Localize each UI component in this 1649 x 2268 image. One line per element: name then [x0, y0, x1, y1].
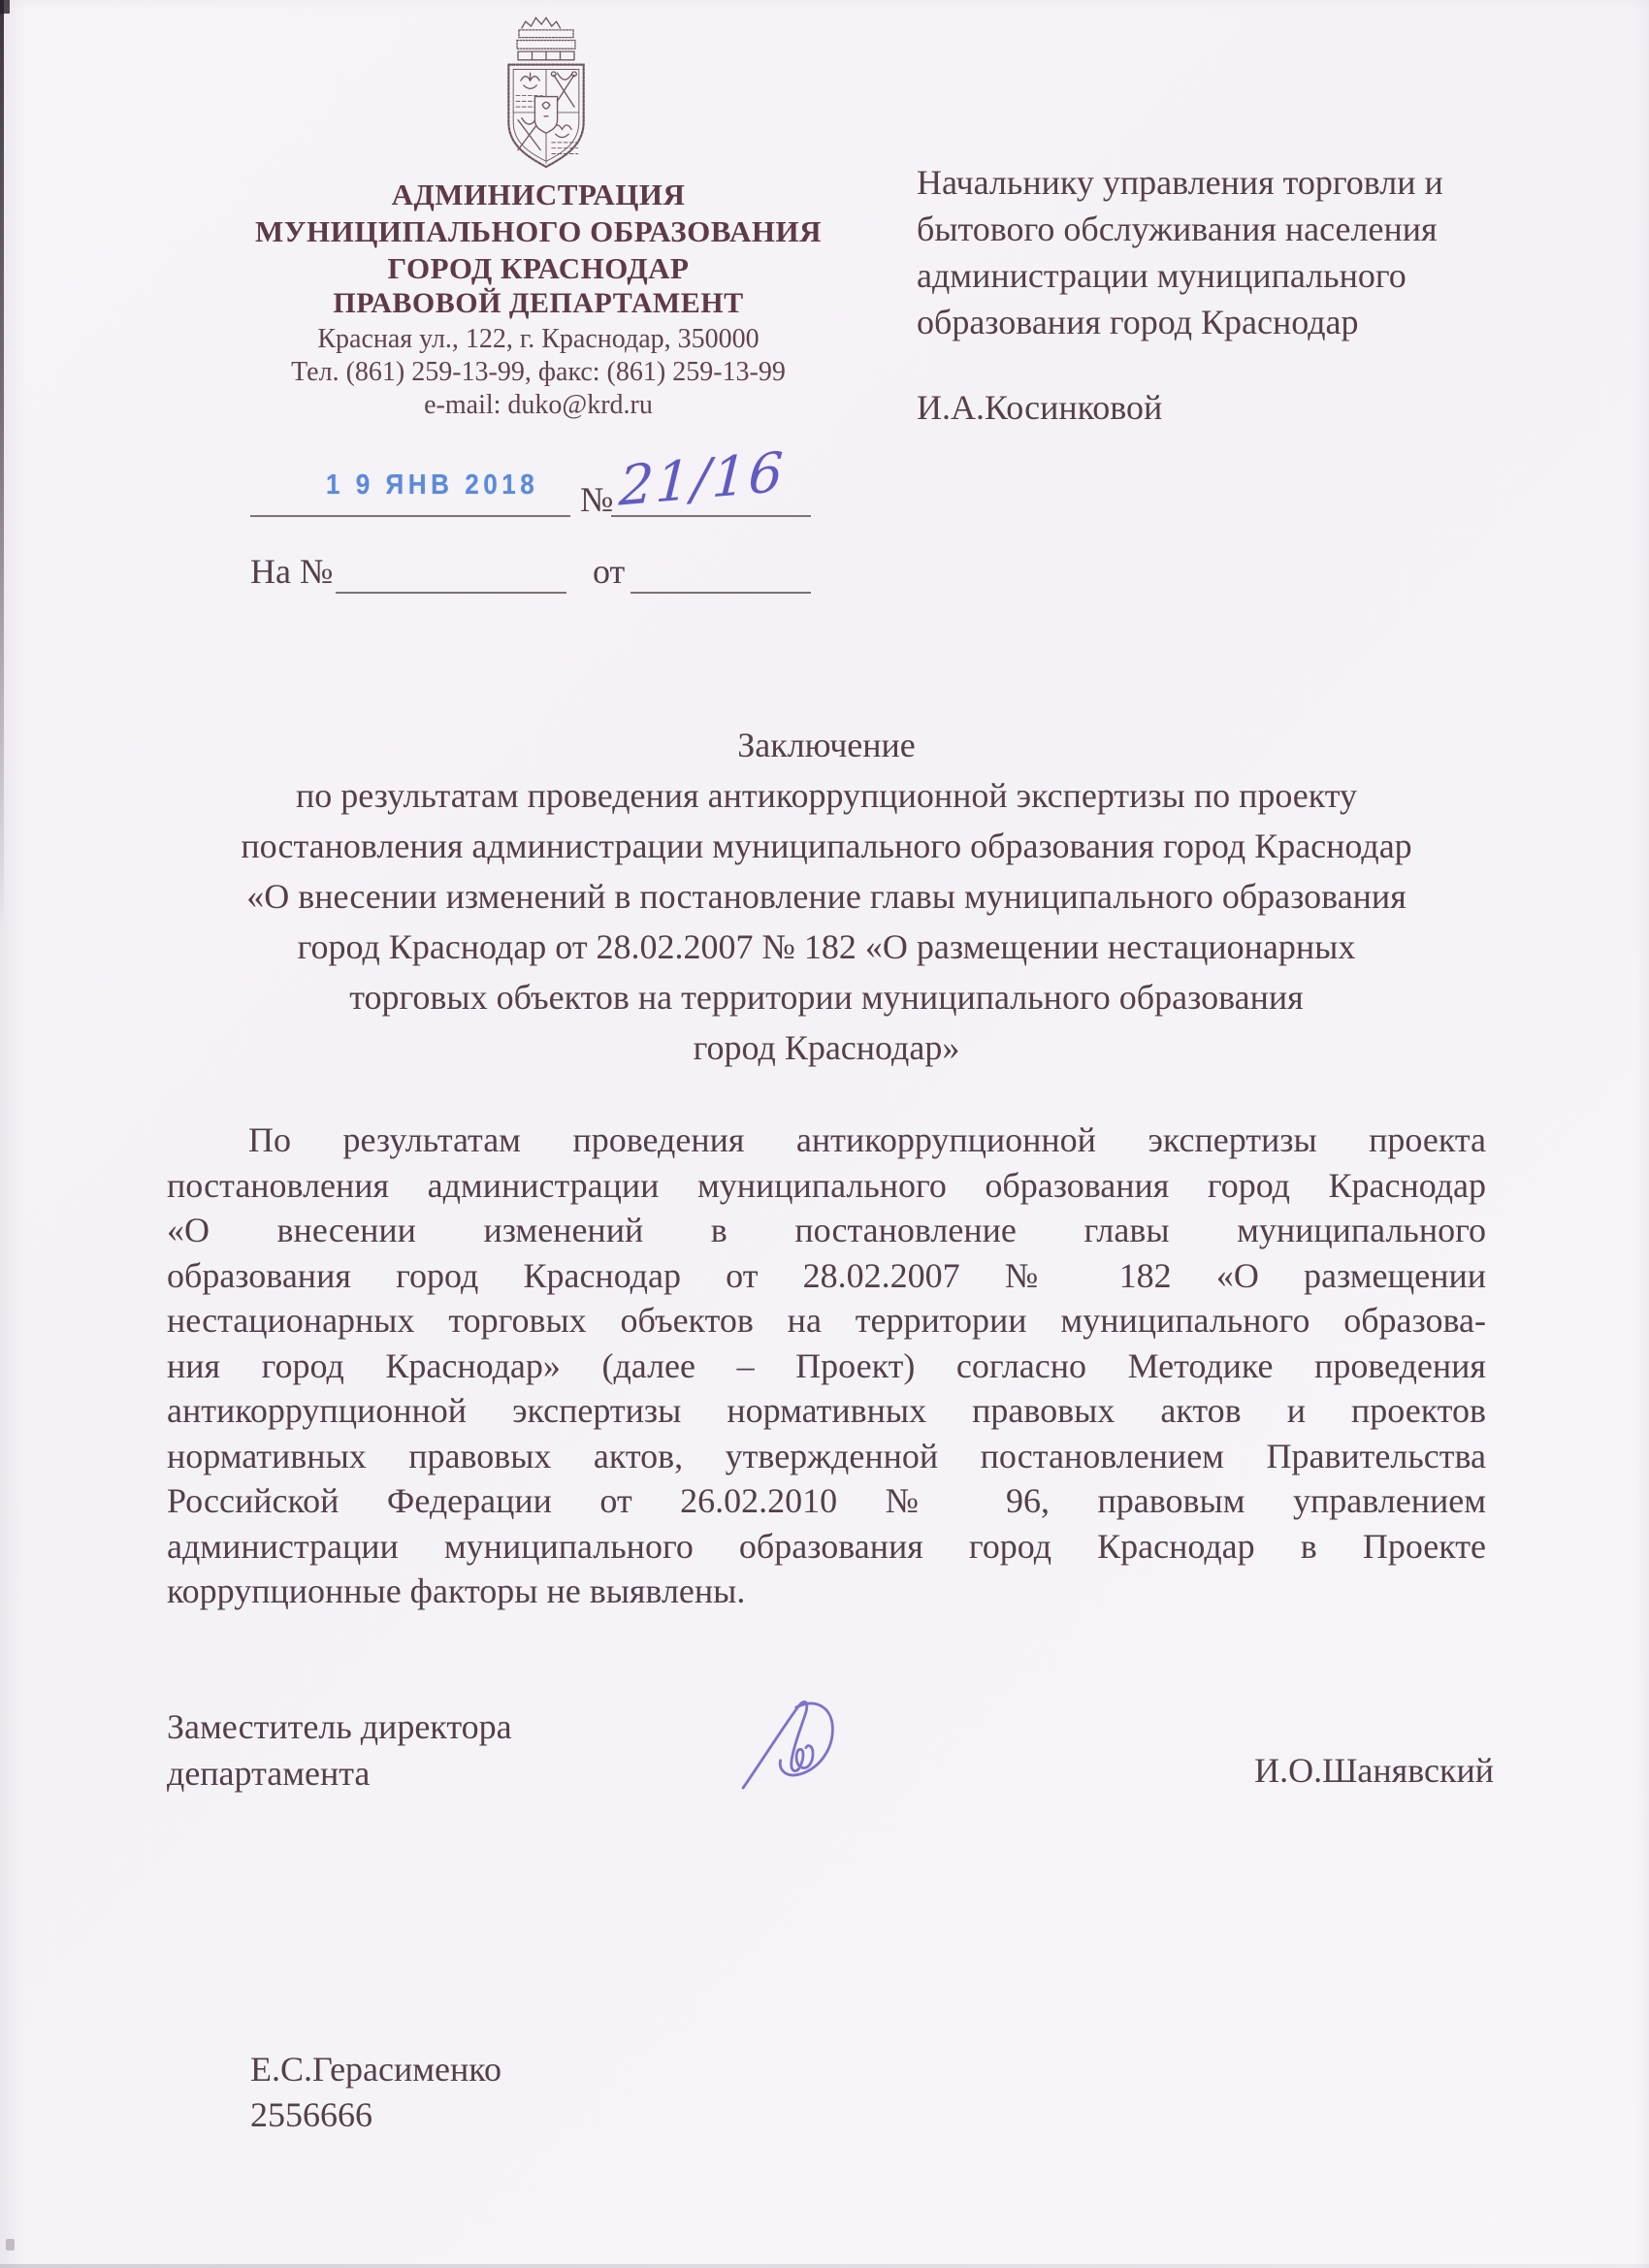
signer-position-line: Заместитель директора — [167, 1703, 749, 1750]
blank-underline — [336, 592, 566, 594]
executor-name: Е.С.Герасименко — [250, 2047, 501, 2092]
body-paragraph: По результатам проведения антикоррупцион… — [167, 1118, 1486, 1614]
body-line: коррупционные факторы не выявлены. — [167, 1569, 1486, 1614]
signer-position-line: департамента — [167, 1750, 749, 1797]
signer-name: И.О.Шанявский — [1067, 1750, 1494, 1791]
body-line: постановления администрации муниципально… — [167, 1163, 1486, 1209]
addressee-line: администрации муниципального — [917, 252, 1518, 299]
body-line: нормативных правовых актов, утвержденной… — [167, 1434, 1486, 1479]
document-title-line: город Краснодар от 28.02.2007 № 182 «О р… — [167, 922, 1486, 972]
addressee-line: Начальнику управления торговли и — [917, 159, 1518, 206]
document-title-line: город Краснодар» — [167, 1022, 1486, 1073]
body-line: Российской Федерации от 26.02.2010 № 96,… — [167, 1478, 1486, 1524]
addressee-line: бытового обслуживания населения — [917, 206, 1518, 252]
scan-artifact-corner — [0, 0, 10, 14]
scan-artifact-mark — [6, 2239, 15, 2251]
body-line: антикоррупционной экспертизы нормативных… — [167, 1388, 1486, 1434]
body-line: По результатам проведения антикоррупцион… — [167, 1118, 1486, 1163]
addressee-block: Начальнику управления торговли ибытового… — [917, 159, 1518, 431]
organization-name-line: ГОРОД КРАСНОДАР — [179, 250, 897, 287]
from-label: от — [593, 551, 625, 592]
coat-of-arms-icon — [490, 14, 602, 180]
contact-block: Красная ул., 122, г. Краснодар, 350000Те… — [179, 323, 897, 422]
body-line: ния город Краснодар» (далее – Проект) со… — [167, 1344, 1486, 1389]
contact-line: Тел. (861) 259-13-99, факс: (861) 259-13… — [179, 356, 897, 389]
document-title-line: торговых объектов на территории муниципа… — [167, 972, 1486, 1022]
executor-block: Е.С.Герасименко 2556666 — [250, 2047, 501, 2138]
body-line: образования город Краснодар от 28.02.200… — [167, 1253, 1486, 1299]
document-title-line: по результатам проведения антикоррупцион… — [167, 770, 1486, 821]
body-line: администрации муниципального образования… — [167, 1524, 1486, 1570]
document-title: Заключение по результатам проведения ант… — [167, 720, 1486, 1073]
department-name: ПРАВОВОЙ ДЕПАРТАМЕНТ — [179, 287, 897, 320]
blank-underline — [611, 515, 811, 517]
reply-number-label: На № — [250, 551, 333, 592]
document-title-lines: по результатам проведения антикоррупцион… — [167, 770, 1486, 1073]
addressee-lines: Начальнику управления торговли ибытового… — [917, 159, 1518, 345]
body-line: нестационарных торговых объектов на терр… — [167, 1298, 1486, 1344]
organization-name-line: МУНИЦИПАЛЬНОГО ОБРАЗОВАНИЯ — [179, 213, 897, 250]
document-title-line: постановления администрации муниципально… — [167, 821, 1486, 871]
signer-position: Заместитель директорадепартамента — [167, 1703, 749, 1797]
scanned-document-page: АДМИНИСТРАЦИЯМУНИЦИПАЛЬНОГО ОБРАЗОВАНИЯГ… — [0, 0, 1649, 2268]
document-title-heading: Заключение — [167, 720, 1486, 770]
body-line: «О внесении изменений в постановление гл… — [167, 1208, 1486, 1253]
contact-line: Красная ул., 122, г. Краснодар, 350000 — [179, 323, 897, 356]
scan-artifact-left-edge — [0, 0, 4, 931]
executor-phone: 2556666 — [250, 2092, 501, 2138]
date-stamp: 1 9 ЯНВ 2018 — [326, 470, 538, 502]
handwritten-signature-icon — [735, 1696, 883, 1793]
organization-name-line: АДМИНИСТРАЦИЯ — [179, 177, 897, 213]
addressee-line: образования город Краснодар — [917, 299, 1518, 345]
blank-underline — [250, 515, 570, 517]
document-title-line: «О внесении изменений в постановление гл… — [167, 871, 1486, 922]
contact-line: e-mail: duko@krd.ru — [179, 389, 897, 422]
organization-name: АДМИНИСТРАЦИЯМУНИЦИПАЛЬНОГО ОБРАЗОВАНИЯГ… — [179, 177, 897, 287]
number-value-handwritten: 21/16 — [618, 440, 787, 518]
addressee-name: И.А.Косинковой — [917, 384, 1518, 431]
blank-underline — [630, 592, 811, 594]
scan-artifact-bottom-edge — [0, 2264, 1649, 2268]
number-label: № — [580, 479, 613, 520]
